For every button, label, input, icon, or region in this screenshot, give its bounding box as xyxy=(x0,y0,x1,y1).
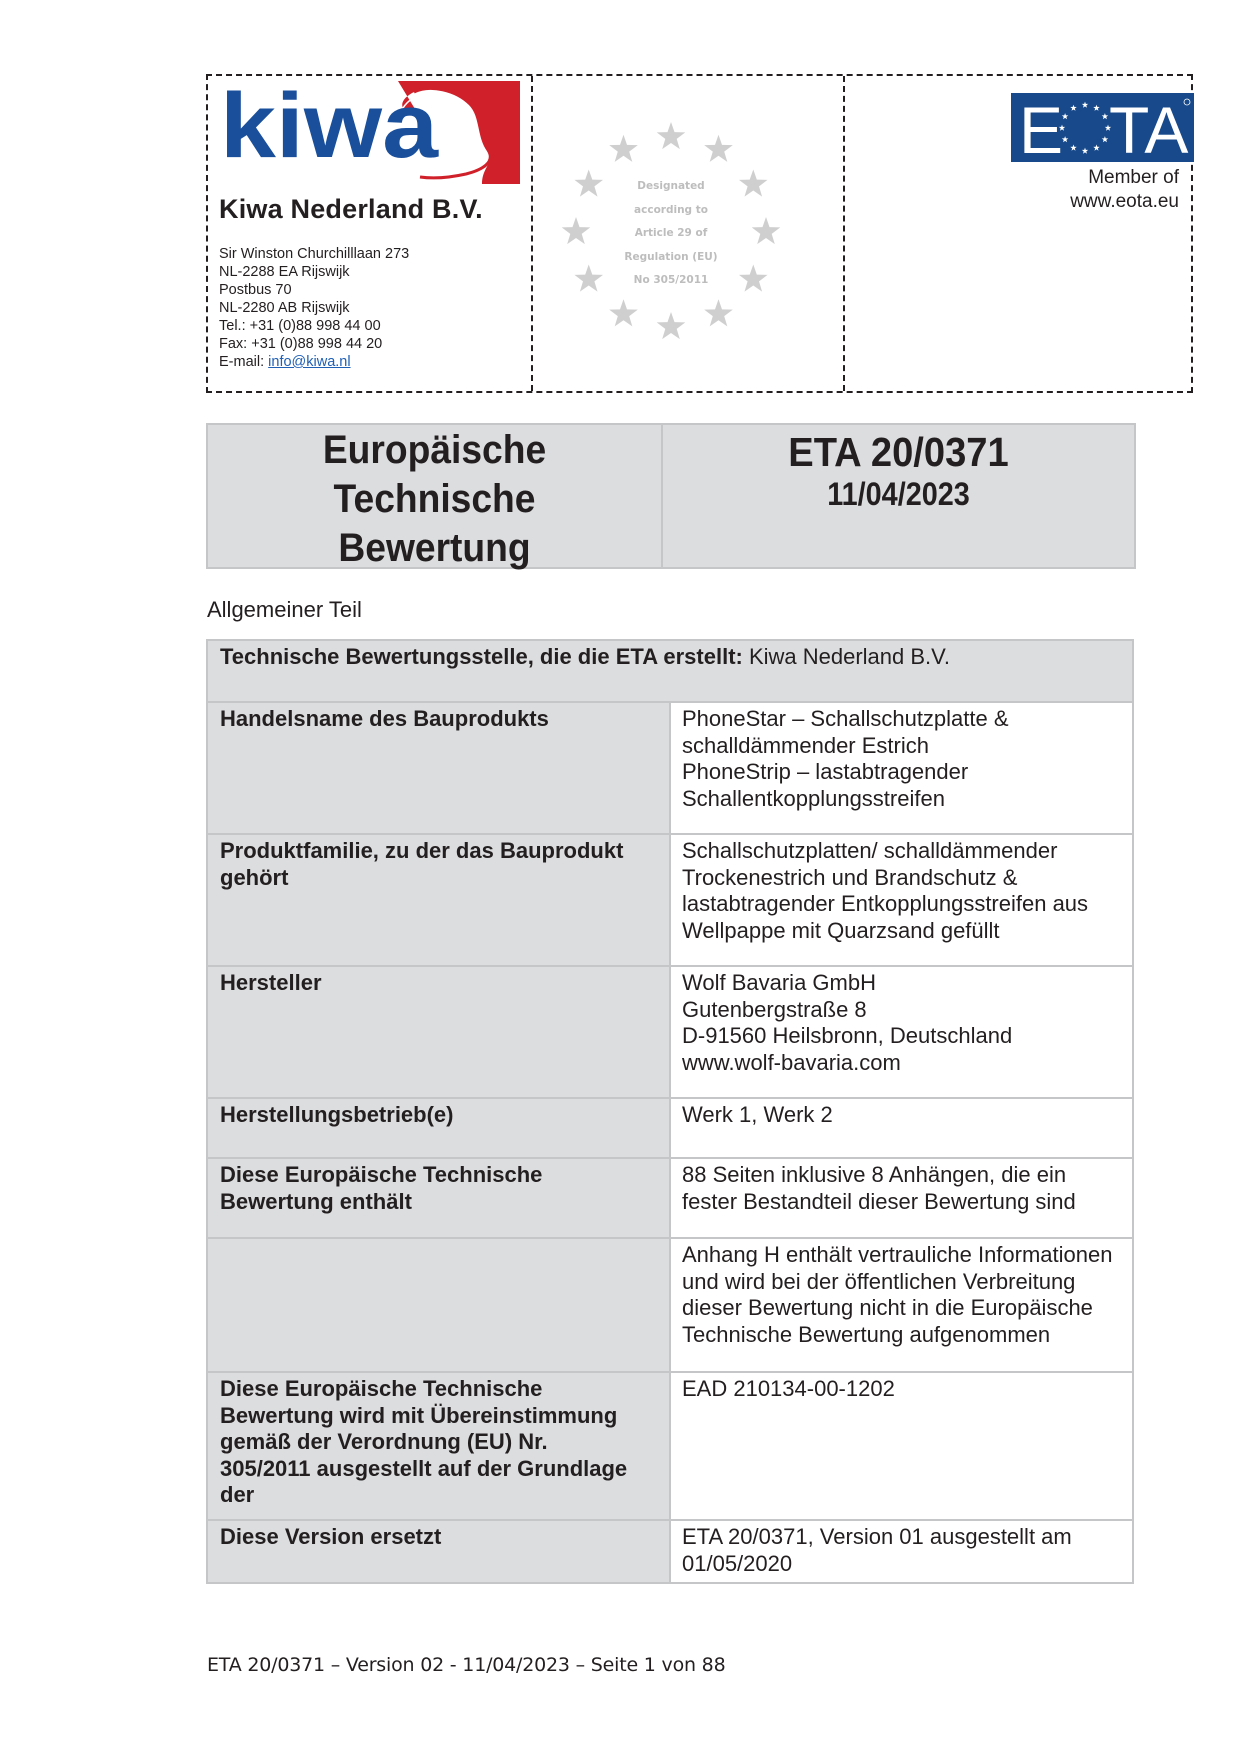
designation-seal: Designated according to Article 29 of Re… xyxy=(551,120,791,350)
label-line: Hersteller xyxy=(220,970,657,997)
row-value: Schallschutzplatten/ schalldämmenderTroc… xyxy=(670,834,1133,966)
row-value: Werk 1, Werk 2 xyxy=(670,1098,1133,1158)
document-id: ETA 20/0371 11/04/2023 xyxy=(663,425,1134,567)
email-link[interactable]: info@kiwa.nl xyxy=(268,354,350,370)
row-value: 88 Seiten inklusive 8 Anhängen, die einf… xyxy=(670,1158,1133,1238)
member-of-label: Member of xyxy=(1070,166,1179,190)
title-line: Technische xyxy=(224,474,645,523)
value-line: Trockenestrich und Brandschutz & xyxy=(682,865,1120,892)
table-row: Produktfamilie, zu der das Bauproduktgeh… xyxy=(207,834,1133,966)
value-line: 88 Seiten inklusive 8 Anhängen, die ein xyxy=(682,1162,1120,1189)
value-line: Anhang H enthält vertrauliche Informatio… xyxy=(682,1242,1120,1269)
table-row: Technische Bewertungsstelle, die die ETA… xyxy=(207,640,1133,702)
general-info-table: Technische Bewertungsstelle, die die ETA… xyxy=(206,639,1134,1584)
eta-number: ETA 20/0371 xyxy=(679,425,1117,476)
header-divider xyxy=(843,76,845,391)
value-line: dieser Bewertung nicht in die Europäisch… xyxy=(682,1295,1120,1322)
designation-line: Designated xyxy=(551,175,791,199)
row-label: Diese Version ersetzt xyxy=(207,1520,670,1583)
label-line: gemäß der Verordnung (EU) Nr. xyxy=(220,1429,657,1456)
label-line: Diese Europäische Technische xyxy=(220,1376,657,1403)
table-row: Handelsname des BauproduktsPhoneStar – S… xyxy=(207,702,1133,834)
value-line: Schallentkopplungsstreifen xyxy=(682,786,1120,813)
address-line: NL-2280 AB Rijswijk xyxy=(219,299,409,317)
kiwa-wordmark: kiwa xyxy=(220,78,439,177)
value-line: Werk 1, Werk 2 xyxy=(682,1102,1120,1129)
address-line: Postbus 70 xyxy=(219,281,409,299)
label-line: Herstellungsbetrieb(e) xyxy=(220,1102,657,1129)
label-line: Bewertung enthält xyxy=(220,1189,657,1216)
table-row: Anhang H enthält vertrauliche Informatio… xyxy=(207,1238,1133,1372)
svg-text:TA: TA xyxy=(1109,93,1188,162)
phone-line: Tel.: +31 (0)88 998 44 00 xyxy=(219,317,409,335)
company-name: Kiwa Nederland B.V. xyxy=(219,194,483,225)
row-value: ETA 20/0371, Version 01 ausgestellt am01… xyxy=(670,1520,1133,1583)
svg-text:E: E xyxy=(1019,93,1063,162)
value-line: Wellpappe mit Quarzsand gefüllt xyxy=(682,918,1120,945)
value-line: www.wolf-bavaria.com xyxy=(682,1050,1120,1077)
table-row: HerstellerWolf Bavaria GmbHGutenbergstra… xyxy=(207,966,1133,1098)
assessment-body-cell: Technische Bewertungsstelle, die die ETA… xyxy=(207,640,1133,702)
designation-text: Designated according to Article 29 of Re… xyxy=(551,175,791,293)
designation-line: Article 29 of xyxy=(551,222,791,246)
value-line: ETA 20/0371, Version 01 ausgestellt am xyxy=(682,1524,1120,1551)
row-label xyxy=(207,1238,670,1372)
title-box: Europäische Technische Bewertung ETA 20/… xyxy=(206,423,1136,569)
value-line: und wird bei der öffentlichen Verbreitun… xyxy=(682,1269,1120,1296)
address-line: NL-2288 EA Rijswijk xyxy=(219,263,409,281)
section-heading: Allgemeiner Teil xyxy=(207,597,362,623)
value-line: Wolf Bavaria GmbH xyxy=(682,970,1120,997)
eota-membership: Member of www.eota.eu xyxy=(1070,166,1179,214)
value-line: Gutenbergstraße 8 xyxy=(682,997,1120,1024)
label-line: Bewertung wird mit Übereinstimmung xyxy=(220,1403,657,1430)
kiwa-logo-icon: kiwa xyxy=(220,78,520,184)
row-value: PhoneStar – Schallschutzplatte &schalldä… xyxy=(670,702,1133,834)
table-row: Diese Europäische TechnischeBewertung wi… xyxy=(207,1372,1133,1520)
page-footer: ETA 20/0371 – Version 02 - 11/04/2023 – … xyxy=(207,1654,725,1676)
assessment-body-value: Kiwa Nederland B.V. xyxy=(743,644,950,669)
value-line: PhoneStrip – lastabtragender xyxy=(682,759,1120,786)
value-line: schalldämmender Estrich xyxy=(682,733,1120,760)
value-line: PhoneStar – Schallschutzplatte & xyxy=(682,706,1120,733)
value-line: Technische Bewertung aufgenommen xyxy=(682,1322,1120,1349)
label-line: Produktfamilie, zu der das Bauprodukt xyxy=(220,838,657,865)
designation-line: No 305/2011 xyxy=(551,269,791,293)
label-line: Handelsname des Bauprodukts xyxy=(220,706,657,733)
row-value: Anhang H enthält vertrauliche Informatio… xyxy=(670,1238,1133,1372)
table-row: Herstellungsbetrieb(e)Werk 1, Werk 2 xyxy=(207,1098,1133,1158)
table-row: Diese Version ersetztETA 20/0371, Versio… xyxy=(207,1520,1133,1583)
value-line: fester Bestandteil dieser Bewertung sind xyxy=(682,1189,1120,1216)
email-label: E-mail: xyxy=(219,354,268,370)
label-line: gehört xyxy=(220,865,657,892)
row-label: Hersteller xyxy=(207,966,670,1098)
label-line: Diese Europäische Technische xyxy=(220,1162,657,1189)
label-line: 305/2011 ausgestellt auf der Grundlage xyxy=(220,1456,657,1483)
row-label: Handelsname des Bauprodukts xyxy=(207,702,670,834)
company-address: Sir Winston Churchilllaan 273 NL-2288 EA… xyxy=(219,245,409,371)
email-line: E-mail: info@kiwa.nl xyxy=(219,353,409,371)
row-value: Wolf Bavaria GmbHGutenbergstraße 8D-9156… xyxy=(670,966,1133,1098)
row-label: Produktfamilie, zu der das Bauproduktgeh… xyxy=(207,834,670,966)
title-line: Europäische xyxy=(224,425,645,474)
value-line: 01/05/2020 xyxy=(682,1551,1120,1578)
value-line: D-91560 Heilsbronn, Deutschland xyxy=(682,1023,1120,1050)
value-line: lastabtragender Entkopplungsstreifen aus xyxy=(682,891,1120,918)
table-row: Diese Europäische TechnischeBewertung en… xyxy=(207,1158,1133,1238)
label-line: Diese Version ersetzt xyxy=(220,1524,657,1551)
row-label: Diese Europäische TechnischeBewertung wi… xyxy=(207,1372,670,1520)
header-box: kiwa Kiwa Nederland B.V. Sir Winston Chu… xyxy=(206,74,1193,393)
eota-logo-icon: E TA xyxy=(1011,93,1194,162)
row-label: Diese Europäische TechnischeBewertung en… xyxy=(207,1158,670,1238)
row-value: EAD 210134-00-1202 xyxy=(670,1372,1133,1520)
value-line: EAD 210134-00-1202 xyxy=(682,1376,1120,1403)
document-type: Europäische Technische Bewertung xyxy=(208,425,663,567)
assessment-body-label: Technische Bewertungsstelle, die die ETA… xyxy=(220,644,743,669)
fax-line: Fax: +31 (0)88 998 44 20 xyxy=(219,335,409,353)
row-label: Herstellungsbetrieb(e) xyxy=(207,1098,670,1158)
eota-url[interactable]: www.eota.eu xyxy=(1070,190,1179,214)
designation-line: Regulation (EU) xyxy=(551,246,791,270)
issue-date: 11/04/2023 xyxy=(687,476,1111,512)
title-line: Bewertung xyxy=(224,523,645,572)
value-line: Schallschutzplatten/ schalldämmender xyxy=(682,838,1120,865)
designation-line: according to xyxy=(551,199,791,223)
label-line: der xyxy=(220,1482,657,1509)
header-divider xyxy=(531,76,533,391)
address-line: Sir Winston Churchilllaan 273 xyxy=(219,245,409,263)
